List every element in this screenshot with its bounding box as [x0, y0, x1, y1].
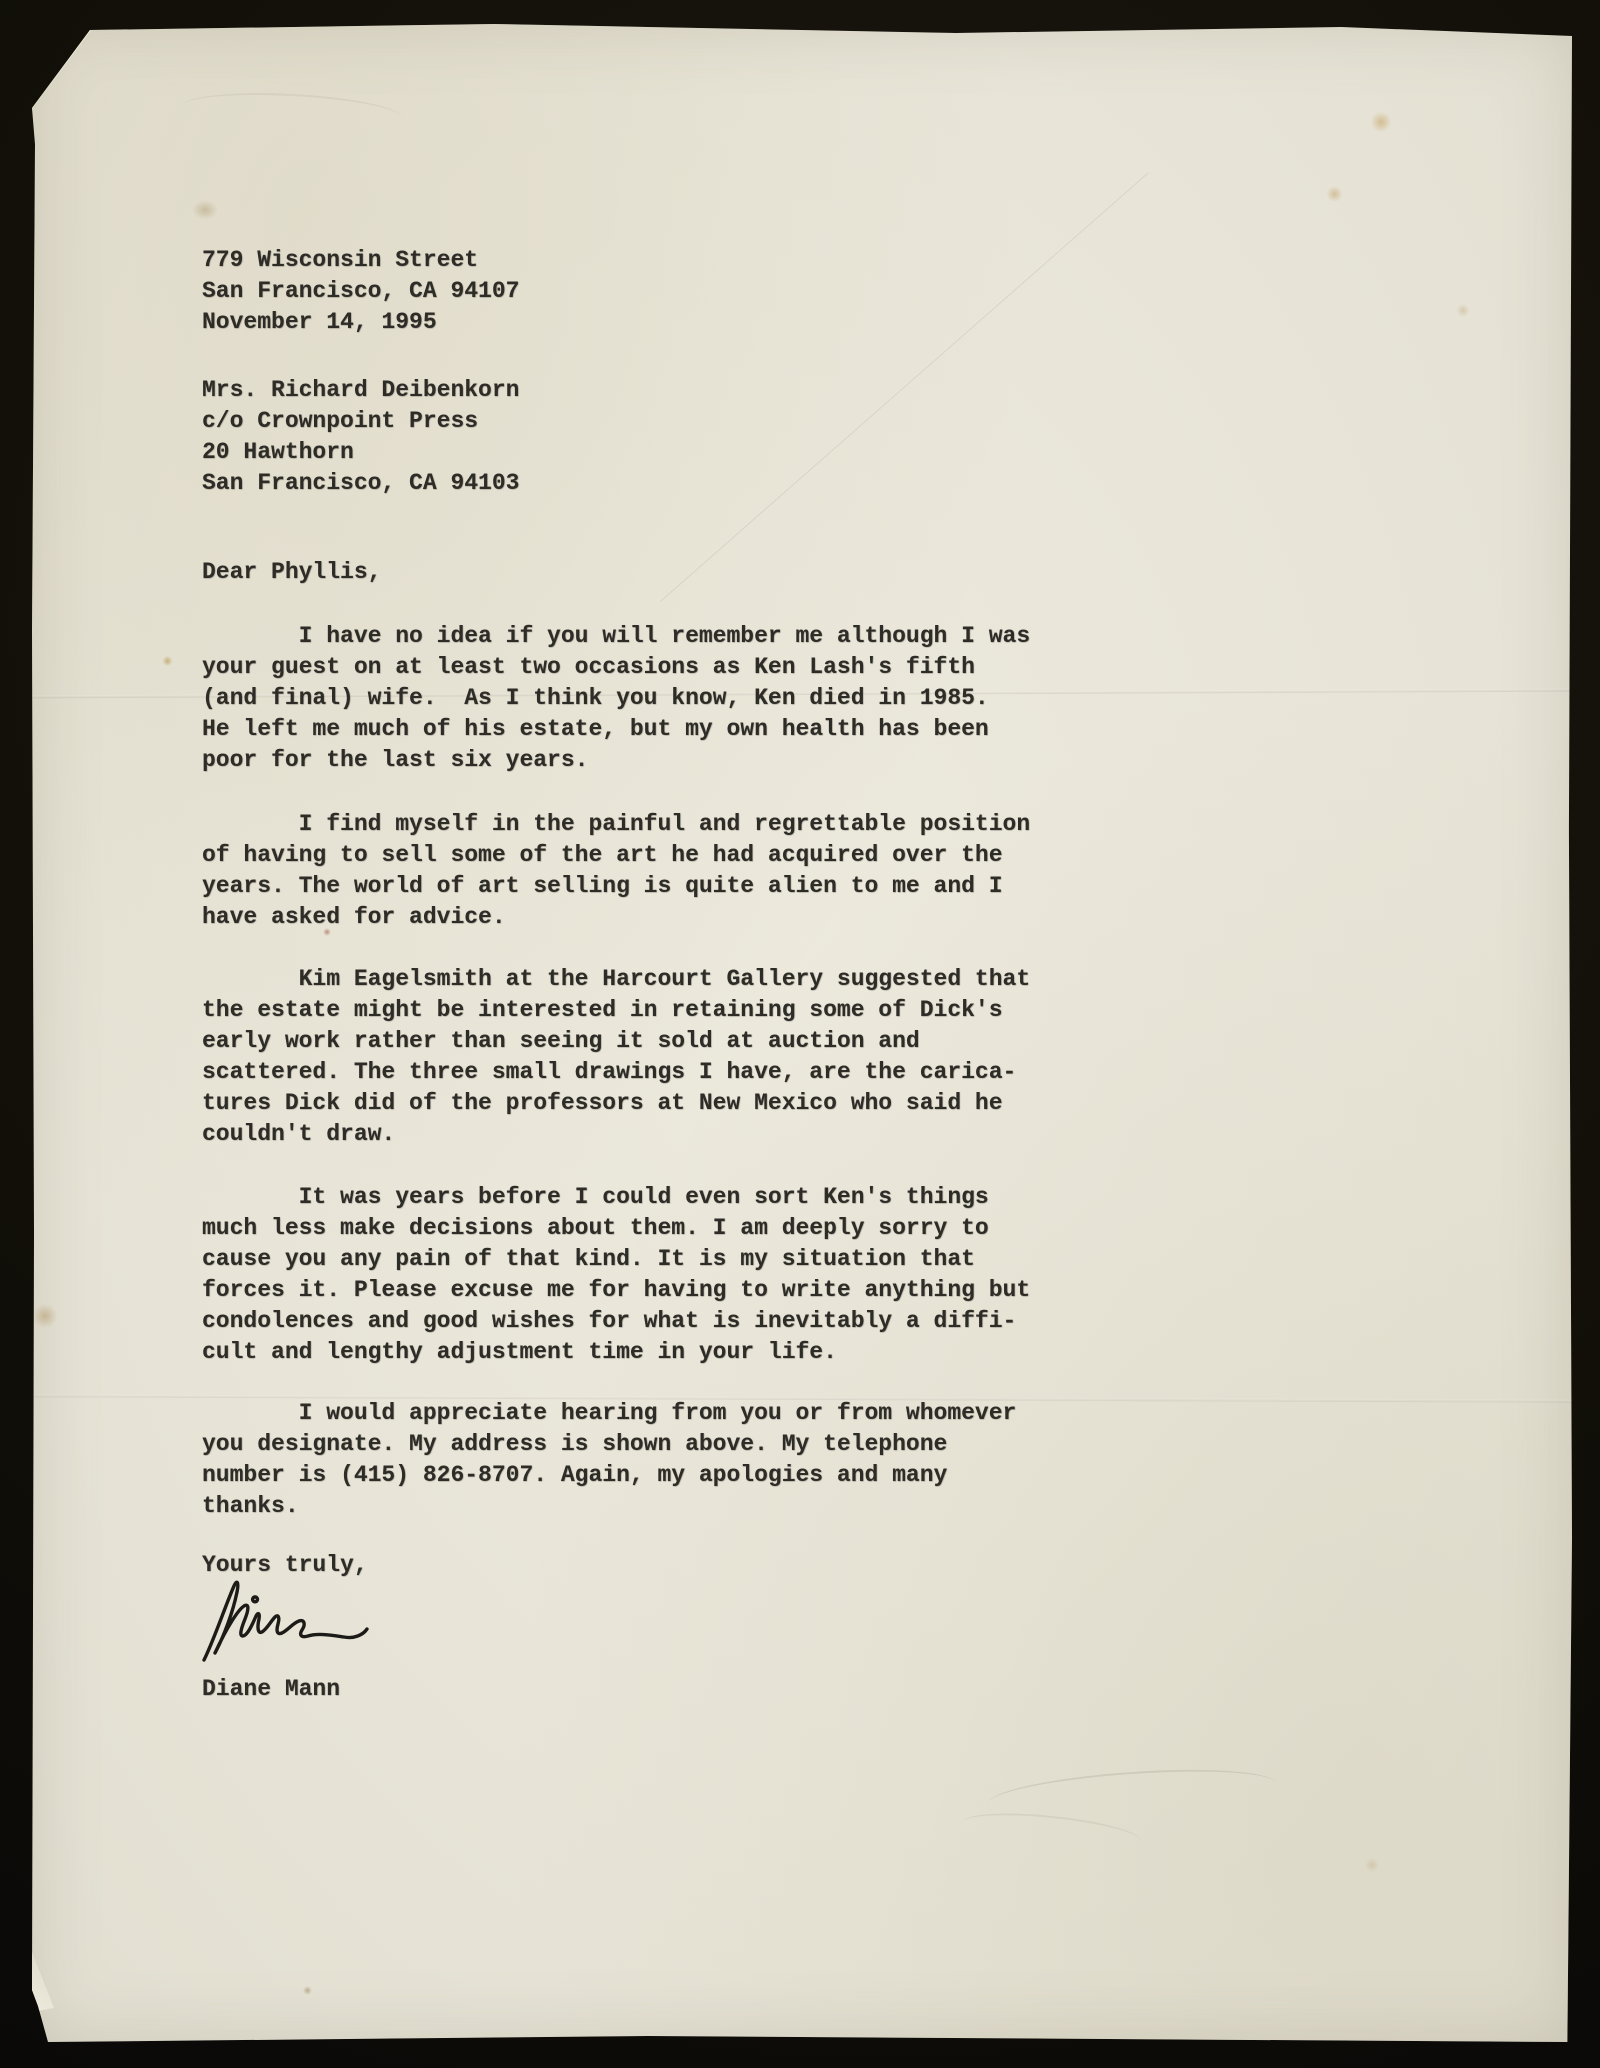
- recipient-city: San Francisco, CA 94103: [202, 470, 519, 496]
- paragraph-2: I find myself in the painful and regrett…: [202, 809, 1030, 933]
- wrinkle-line: [181, 88, 403, 135]
- diagonal-crease: [659, 171, 1149, 602]
- paragraph-5: I would appreciate hearing from you or f…: [202, 1398, 1016, 1522]
- stain: [1326, 186, 1343, 202]
- letter-date: November 14, 1995: [202, 309, 437, 335]
- stain: [1456, 304, 1470, 317]
- typed-name: Diane Mann: [202, 1674, 340, 1705]
- recipient-address: Mrs. Richard Deibenkorn c/o Crownpoint P…: [202, 375, 519, 499]
- folded-corner-bottom-left: [32, 1952, 58, 2012]
- folded-corner-top-left: [32, 28, 94, 112]
- paragraph-4: It was years before I could even sort Ke…: [202, 1182, 1030, 1368]
- stain: [1370, 112, 1392, 132]
- scan-background: 779 Wisconsin Street San Francisco, CA 9…: [0, 0, 1600, 2068]
- stain: [32, 1304, 58, 1328]
- recipient-care-of: c/o Crownpoint Press: [202, 408, 478, 434]
- stain: [1364, 1858, 1380, 1872]
- sender-address: 779 Wisconsin Street San Francisco, CA 9…: [202, 247, 519, 304]
- stain: [192, 200, 218, 220]
- salutation: Dear Phyllis,: [202, 557, 381, 588]
- paragraph-1: I have no idea if you will remember me a…: [202, 621, 1030, 776]
- closing: Yours truly,: [202, 1550, 368, 1581]
- signature-diane-drawing: [198, 1578, 376, 1670]
- recipient-name: Mrs. Richard Deibenkorn: [202, 377, 519, 403]
- letter-page: 779 Wisconsin Street San Francisco, CA 9…: [32, 24, 1572, 2042]
- stain: [162, 656, 173, 666]
- recipient-street: 20 Hawthorn: [202, 439, 354, 465]
- stain: [303, 1986, 312, 1995]
- handwritten-signature: [198, 1578, 376, 1670]
- return-address: 779 Wisconsin Street San Francisco, CA 9…: [202, 245, 519, 338]
- paragraph-3: Kim Eagelsmith at the Harcourt Gallery s…: [202, 964, 1030, 1150]
